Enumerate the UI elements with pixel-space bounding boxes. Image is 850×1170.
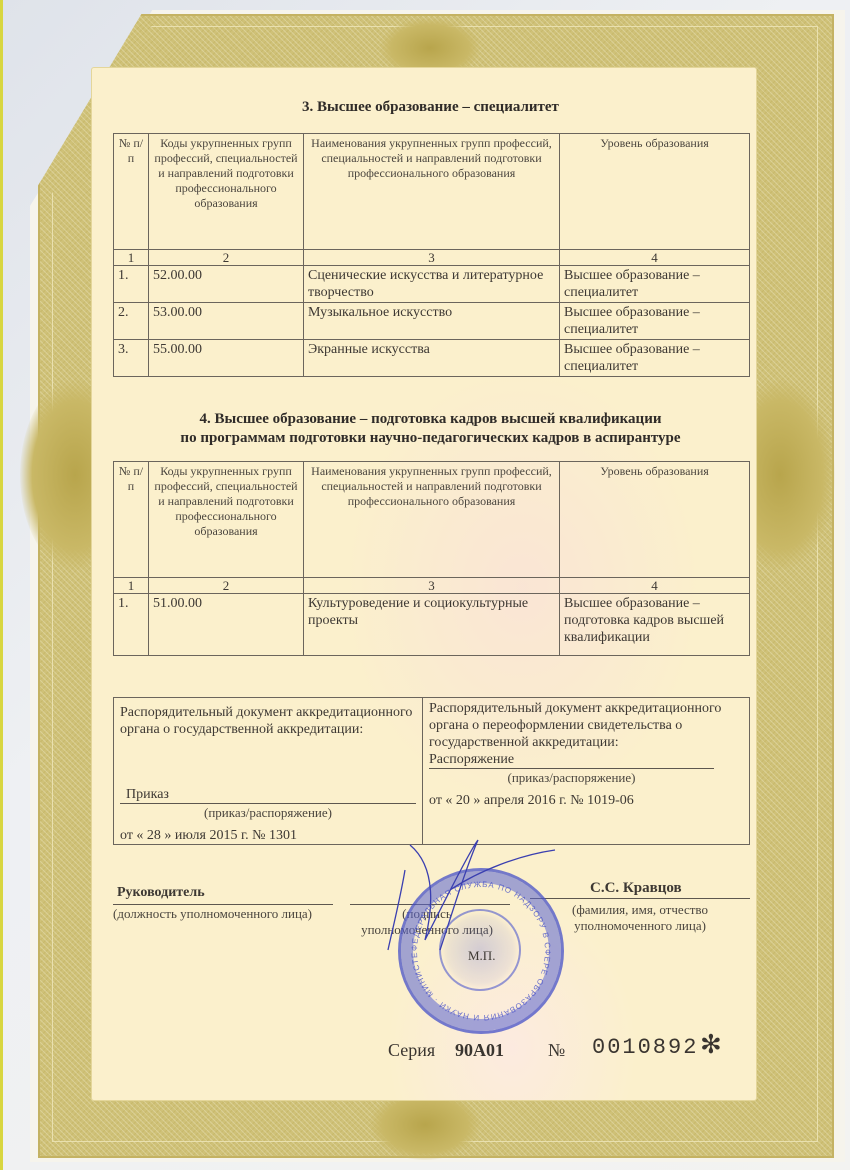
scan-edge (0, 0, 3, 1170)
serial-number: 0010892 (592, 1035, 698, 1060)
accreditation-documents-box: Распорядительный документ аккредитационн… (113, 697, 750, 845)
column-number-row: 1 2 3 4 (114, 250, 750, 266)
table-row: 1. 51.00.00 Культуроведение и социокульт… (114, 594, 750, 656)
doc-right-caption: (приказ/распоряжение) (429, 769, 714, 786)
table-row: 2. 53.00.00 Музыкальное искусство Высшее… (114, 303, 750, 340)
col-number: 4 (560, 250, 750, 266)
number-label: № (548, 1040, 565, 1061)
section-4-table: № п/п Коды укрупненных групп профессий, … (113, 461, 750, 656)
row-level: Высшее образование – специалитет (560, 340, 750, 377)
ornament-bottom (370, 1090, 480, 1160)
row-num: 3. (114, 340, 149, 377)
row-code: 52.00.00 (149, 266, 304, 303)
series-value: 90А01 (455, 1040, 504, 1061)
section-3-title: 3. Высшее образование – специалитет (113, 98, 748, 117)
section-4-title-line1: 4. Высшее образование – подготовка кадро… (113, 410, 748, 429)
row-level: Высшее образование – специалитет (560, 303, 750, 340)
row-num: 2. (114, 303, 149, 340)
doc-right-type: Распоряжение (429, 751, 714, 769)
header-names: Наименования укрупненных групп профессий… (304, 462, 560, 578)
signer-position: Руководитель (117, 885, 205, 901)
section-3-table: № п/п Коды укрупненных групп профессий, … (113, 133, 750, 377)
doc-right-label: Распорядительный документ аккредитационн… (429, 700, 743, 751)
header-codes: Коды укрупненных групп профессий, специа… (149, 134, 304, 250)
asterisk-mark: ✻ (700, 1030, 722, 1060)
section-4-title-line2: по программам подготовки научно-педагоги… (113, 429, 748, 448)
row-num: 1. (114, 594, 149, 656)
header-level: Уровень образования (560, 462, 750, 578)
section-4-title: 4. Высшее образование – подготовка кадро… (113, 410, 748, 448)
col-number: 3 (304, 250, 560, 266)
table-row: 1. 52.00.00 Сценические искусства и лите… (114, 266, 750, 303)
doc-reissue: Распорядительный документ аккредитационн… (423, 698, 749, 844)
doc-left-label: Распорядительный документ аккредитационн… (120, 704, 416, 776)
row-name: Сценические искусства и литературное тво… (304, 266, 560, 303)
row-code: 51.00.00 (149, 594, 304, 656)
row-name: Музыкальное искусство (304, 303, 560, 340)
col-number: 1 (114, 250, 149, 266)
row-code: 55.00.00 (149, 340, 304, 377)
series-label: Серия (388, 1040, 435, 1061)
position-line (113, 904, 333, 905)
row-name: Экранные искусства (304, 340, 560, 377)
doc-right-date: от « 20 » апреля 2016 г. № 1019-06 (429, 792, 743, 809)
table-header-row: № п/п Коды укрупненных групп профессий, … (114, 462, 750, 578)
doc-accreditation: Распорядительный документ аккредитационн… (114, 698, 423, 844)
doc-left-caption: (приказ/распоряжение) (120, 804, 416, 821)
header-names: Наименования укрупненных групп профессий… (304, 134, 560, 250)
row-code: 53.00.00 (149, 303, 304, 340)
column-number-row: 1 2 3 4 (114, 578, 750, 594)
row-name: Культуроведение и социокультурные проект… (304, 594, 560, 656)
handwritten-signature (380, 830, 560, 970)
doc-left-type: Приказ (120, 786, 416, 804)
row-num: 1. (114, 266, 149, 303)
header-num: № п/п (114, 462, 149, 578)
name-caption: (фамилия, имя, отчество уполномоченного … (560, 902, 720, 934)
col-number: 3 (304, 578, 560, 594)
signer-name: С.С. Кравцов (590, 880, 682, 897)
col-number: 2 (149, 578, 304, 594)
name-line (530, 898, 750, 899)
header-num: № п/п (114, 134, 149, 250)
col-number: 4 (560, 578, 750, 594)
row-level: Высшее образование – подготовка кадров в… (560, 594, 750, 656)
col-number: 1 (114, 578, 149, 594)
header-codes: Коды укрупненных групп профессий, специа… (149, 462, 304, 578)
table-row: 3. 55.00.00 Экранные искусства Высшее об… (114, 340, 750, 377)
position-caption: (должность уполномоченного лица) (113, 906, 343, 922)
header-level: Уровень образования (560, 134, 750, 250)
row-level: Высшее образование – специалитет (560, 266, 750, 303)
doc-left-date: от « 28 » июля 2015 г. № 1301 (120, 827, 416, 844)
table-header-row: № п/п Коды укрупненных групп профессий, … (114, 134, 750, 250)
col-number: 2 (149, 250, 304, 266)
